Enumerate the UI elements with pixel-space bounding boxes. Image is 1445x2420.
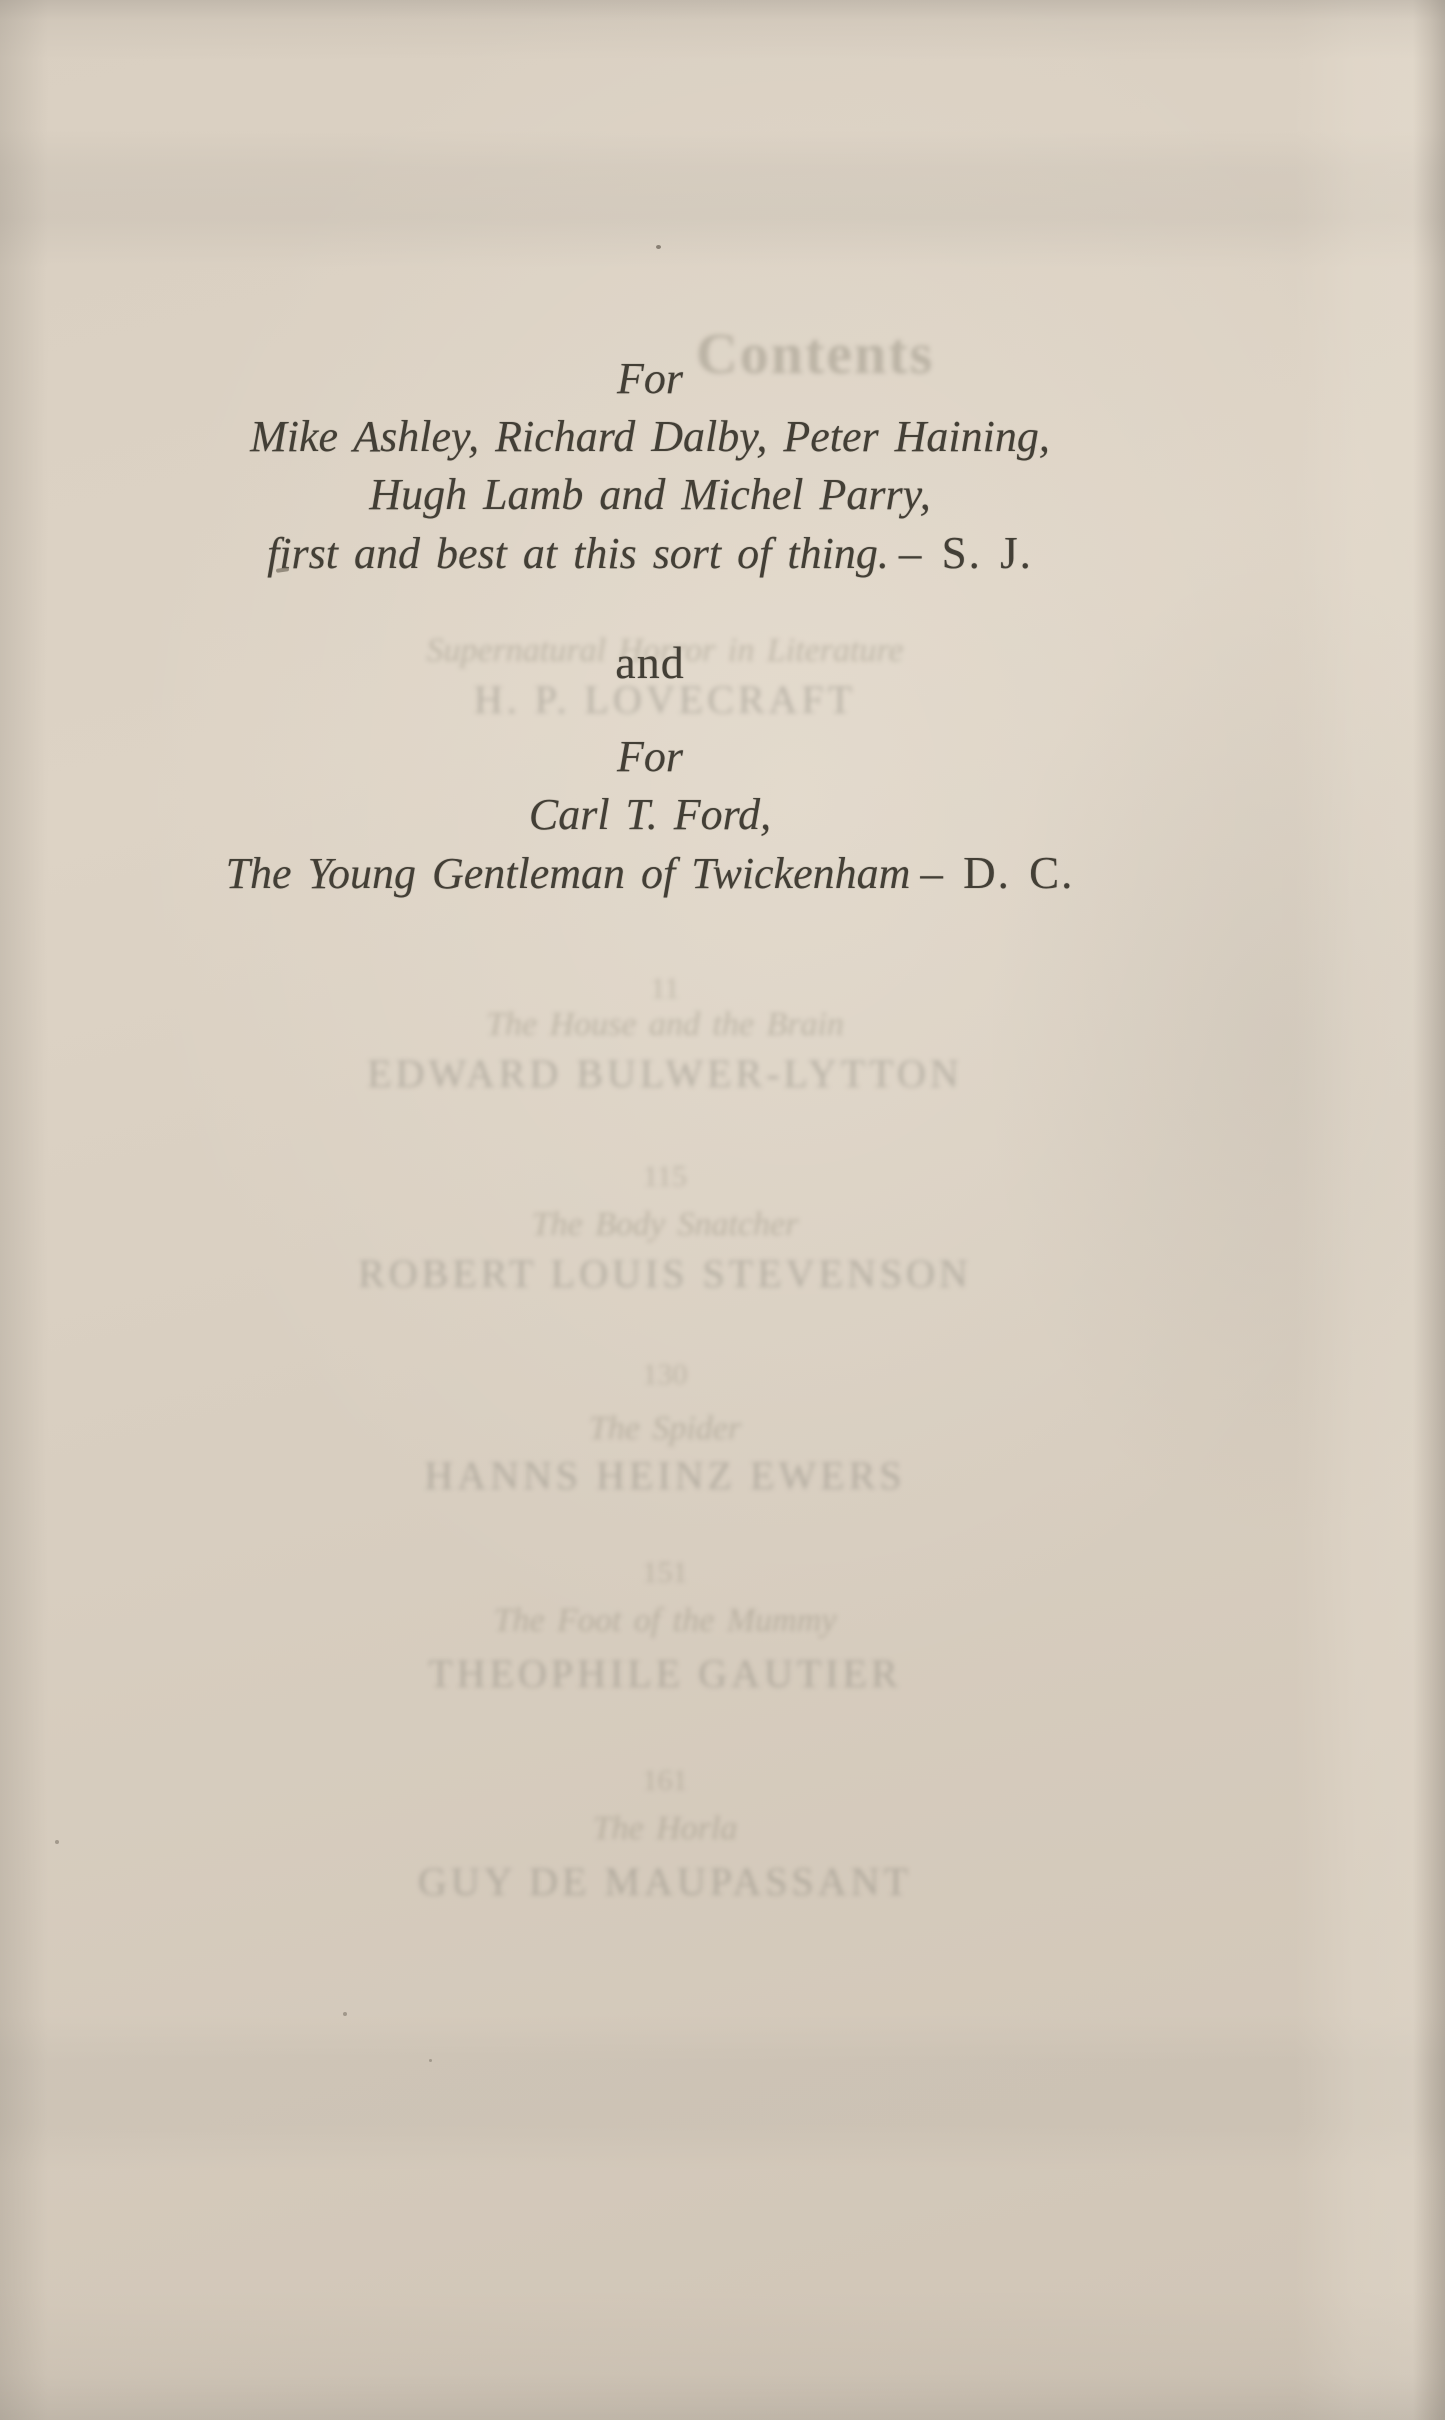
dedication-connector: and (135, 634, 1165, 692)
ghost-entry-number: 11 (150, 972, 1180, 1006)
ghost-entry-story: The Body Snatcher (150, 1206, 1180, 1244)
ghost-entry-author: ROBERT LOUIS STEVENSON (150, 1250, 1180, 1297)
ghost-entry-author: GUY DE MAUPASSANT (150, 1858, 1180, 1905)
dedication-line: first and best at this sort of thing.– S… (135, 524, 1165, 583)
dedication-attribution: – D. C. (910, 848, 1074, 898)
dedication-block-1: For Mike Ashley, Richard Dalby, Peter Ha… (135, 350, 1165, 583)
ghost-entry-story: The Spider (150, 1410, 1180, 1448)
paper-speck (343, 2012, 347, 2016)
dedication-line: Hugh Lamb and Michel Parry, (135, 466, 1165, 524)
ghost-entry-number: 151 (150, 1556, 1180, 1590)
ghost-entry-number: 161 (150, 1764, 1180, 1798)
paper-speck (656, 245, 661, 249)
dedication-line-italic: The Young Gentleman of Twickenham (226, 849, 911, 898)
dedication-line-italic: first and best at this sort of thing. (267, 529, 889, 578)
paper-speck (429, 2059, 432, 2062)
dedication-line: For (135, 350, 1165, 408)
ghost-entry-story: The Foot of the Mummy (150, 1602, 1180, 1640)
ghost-entry-story: The Horla (150, 1810, 1180, 1848)
ghost-entry-number: 130 (150, 1358, 1180, 1392)
dedication-line: Mike Ashley, Richard Dalby, Peter Hainin… (135, 408, 1165, 466)
ghost-entry-author: THEOPHILE GAUTIER (150, 1650, 1180, 1697)
paper-speck (55, 1840, 59, 1844)
ghost-entry-number: 115 (150, 1160, 1180, 1194)
book-page-photo: Contents Supernatural Horror in Literatu… (0, 0, 1445, 2420)
ghost-entry-author: HANNS HEINZ EWERS (150, 1452, 1180, 1499)
ghost-entry-author: EDWARD BULWER-LYTTON (150, 1050, 1180, 1097)
ghost-entry-story: The House and the Brain (150, 1006, 1180, 1044)
dedication-line: Carl T. Ford, (135, 786, 1165, 844)
dedication-line: For (135, 728, 1165, 786)
dedication-line: The Young Gentleman of Twickenham– D. C. (135, 844, 1165, 903)
dedication-block-2: For Carl T. Ford, The Young Gentleman of… (135, 728, 1165, 903)
dedication-attribution: – S. J. (889, 528, 1033, 578)
